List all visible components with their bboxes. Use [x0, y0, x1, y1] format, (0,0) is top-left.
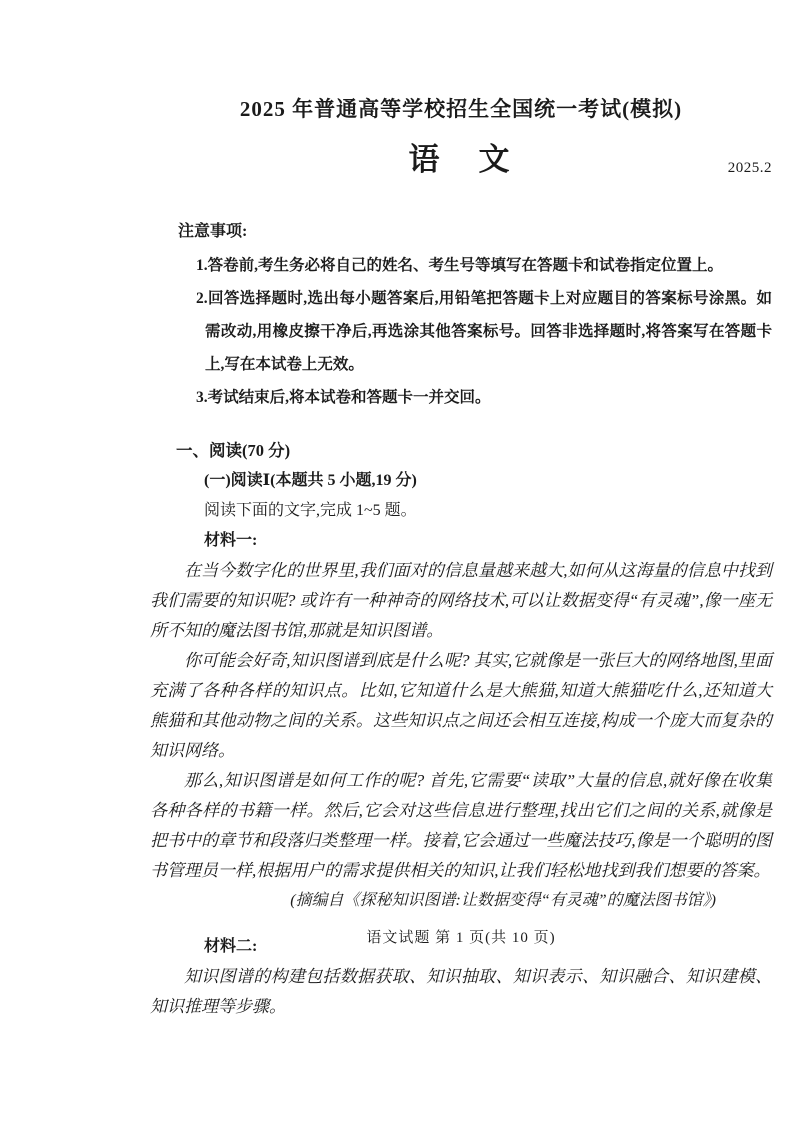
exam-title: 2025 年普通高等学校招生全国统一考试(模拟) [150, 95, 772, 123]
material-1-source: (摘编自《探秘知识图谱:让数据变得“有灵魂”的魔法图书馆》) [150, 886, 772, 916]
subsection-heading-reading-1: (一)阅读Ⅰ(本题共 5 小题,19 分) [204, 466, 772, 496]
material-1-label: 材料一: [204, 526, 772, 556]
reading-instruction: 阅读下面的文字,完成 1~5 题。 [204, 496, 772, 526]
notice-section: 注意事项: 1.答卷前,考生务必将自己的姓名、考生号等填写在答题卡和试卷指定位置… [150, 221, 772, 414]
section-heading-reading: 一、阅读(70 分) [176, 436, 772, 466]
exam-subject-title: 语 文 [150, 141, 772, 179]
page-footer: 语文试题 第 1 页(共 10 页) [150, 926, 772, 947]
notice-heading: 注意事项: [178, 221, 772, 243]
notice-item-3: 3.考试结束后,将本试卷和答题卡一并交回。 [196, 381, 772, 414]
material-1-paragraph-1: 在当今数字化的世界里,我们面对的信息量越来越大,如何从这海量的信息中找到我们需要… [150, 556, 772, 646]
material-2-paragraph-1: 知识图谱的构建包括数据获取、知识抽取、知识表示、知识融合、知识建模、知识推理等步… [150, 962, 772, 1022]
notice-item-2: 2.回答选择题时,选出每小题答案后,用铅笔把答题卡上对应题目的答案标号涂黑。如需… [196, 282, 772, 381]
material-1-paragraph-2: 你可能会好奇,知识图谱到底是什么呢? 其实,它就像是一张巨大的网络地图,里面充满… [150, 646, 772, 766]
exam-paper-page: 2025 年普通高等学校招生全国统一考试(模拟) 语 文 2025.2 注意事项… [0, 0, 800, 1143]
material-1: 材料一: 在当今数字化的世界里,我们面对的信息量越来越大,如何从这海量的信息中找… [150, 526, 772, 916]
exam-date: 2025.2 [728, 160, 772, 177]
notice-list: 1.答卷前,考生务必将自己的姓名、考生号等填写在答题卡和试卷指定位置上。 2.回… [196, 249, 772, 414]
material-1-paragraph-3: 那么,知识图谱是如何工作的呢? 首先,它需要“读取”大量的信息,就好像在收集各种… [150, 766, 772, 886]
notice-item-1: 1.答卷前,考生务必将自己的姓名、考生号等填写在答题卡和试卷指定位置上。 [196, 249, 772, 282]
paper-header: 2025 年普通高等学校招生全国统一考试(模拟) 语 文 2025.2 [150, 95, 772, 179]
